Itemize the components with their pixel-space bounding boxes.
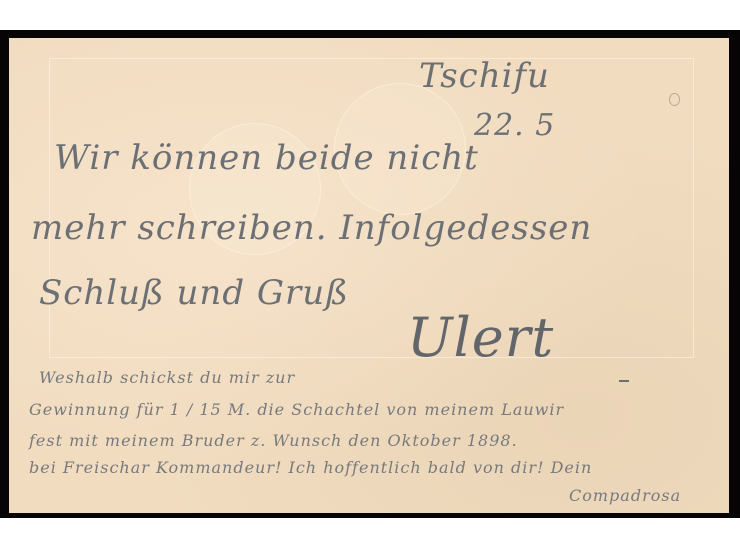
small-circle-mark <box>669 93 680 106</box>
postscript-line-3: fest mit meinem Bruder z. Wunsch den Okt… <box>29 431 518 450</box>
date: 22. 5 <box>474 108 555 143</box>
dash-mark <box>619 380 629 382</box>
place-name: Tschifu <box>419 56 550 96</box>
postscript-line-2: Gewinnung für 1 / 15 M. die Schachtel vo… <box>29 400 564 419</box>
postscript-line-4: bei Freischar Kommandeur! Ich hoffentlic… <box>29 458 592 477</box>
signature: Ulert <box>407 306 554 369</box>
postscript-closing: Compadrosa <box>569 486 681 505</box>
postcard: Tschifu 22. 5 Wir können beide nicht meh… <box>9 38 729 513</box>
postscript-line-1: Weshalb schickst du mir zur <box>39 368 295 387</box>
message-line-3: Schluß und Gruß <box>39 273 349 313</box>
message-line-1: Wir können beide nicht <box>54 138 479 178</box>
message-line-2: mehr schreiben. Infolgedessen <box>31 208 592 248</box>
